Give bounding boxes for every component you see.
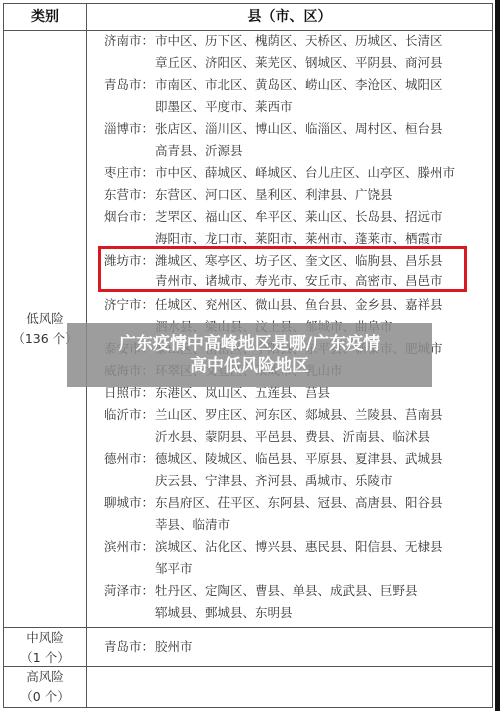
district-line: 东昌府区、茌平区、东阿县、冠县、高唐县、阳谷县 [155,492,443,514]
overlay-title-line2: 高中低风险地区 [67,355,432,377]
district-line: 市南区、市北区、黄岛区、崂山区、李沧区、城阳区 [155,74,443,96]
district-line: 章丘区、济阳区、莱芜区、钢城区、平阴县、商河县 [155,52,443,74]
category-label: 高风险 [4,667,86,687]
city-label: 淄博市： [104,118,154,140]
district-line: 胶州市 [155,636,193,658]
district-line: 庆云县、宁津县、齐河县、禹城市、乐陵市 [155,470,393,492]
category-label: 中风险 [4,628,86,648]
city-label: 青岛市： [104,636,154,658]
district-line: 张店区、淄川区、博山区、临淄区、周村区、桓台县 [155,118,443,140]
right-edge-strip [495,0,500,711]
header-category: 类别 [4,4,86,31]
district-line: 莘县、临清市 [155,514,230,536]
district-line: 郓城县、鄄城县、东明县 [155,602,293,624]
highlight-box-weifang [98,246,467,292]
city-label: 滨州市： [104,536,154,558]
district-line: 任城区、兖州区、微山县、鱼台县、金乡县、嘉祥县 [155,294,443,316]
city-label: 青岛市： [104,74,154,96]
district-line: 牡丹区、定陶区、曹县、单县、成武县、巨野县 [155,580,418,602]
city-label: 临沂市： [104,404,154,426]
header-counties: 县（市、区） [87,4,492,31]
city-label: 德州市： [104,448,154,470]
category-high-risk: 高风险 （0 个） [4,667,86,707]
district-line: 即墨区、平度市、莱西市 [155,96,293,118]
city-label: 济南市： [104,30,154,52]
city-label: 聊城市： [104,492,154,514]
category-mid-risk: 中风险 （1 个） [4,628,86,668]
district-line: 高青县、沂源县 [155,140,243,162]
city-label: 枣庄市： [104,162,154,184]
city-label: 东营市： [104,184,154,206]
city-label: 济宁市： [104,294,154,316]
district-line: 德城区、陵城区、临邑县、平原县、夏津县、武城县 [155,448,443,470]
title-overlay-banner: 广东疫情中高峰地区是哪/广东疫情 高中低风险地区 [67,323,432,387]
district-line: 滨城区、沾化区、博兴县、惠民县、阳信县、无棣县 [155,536,443,558]
district-line: 市中区、历下区、槐荫区、天桥区、历城区、长清区 [155,30,443,52]
city-label: 烟台市： [104,206,154,228]
overlay-title-line1: 广东疫情中高峰地区是哪/广东疫情 [67,333,432,355]
category-count: （0 个） [4,687,86,707]
district-line: 市中区、薛城区、峄城区、台儿庄区、山亭区、滕州市 [155,162,455,184]
district-line: 沂水县、蒙阴县、平邑县、费县、沂南县、临沭县 [155,426,430,448]
city-label: 菏泽市： [104,580,154,602]
district-line: 东营区、河口区、垦利区、利津县、广饶县 [155,184,393,206]
district-line: 芝罘区、福山区、牟平区、莱山区、长岛县、招远市 [155,206,443,228]
district-line: 兰山区、罗庄区、河东区、郯城县、兰陵县、莒南县 [155,404,443,426]
category-count: （1 个） [4,648,86,668]
district-line: 邹平市 [155,558,193,580]
